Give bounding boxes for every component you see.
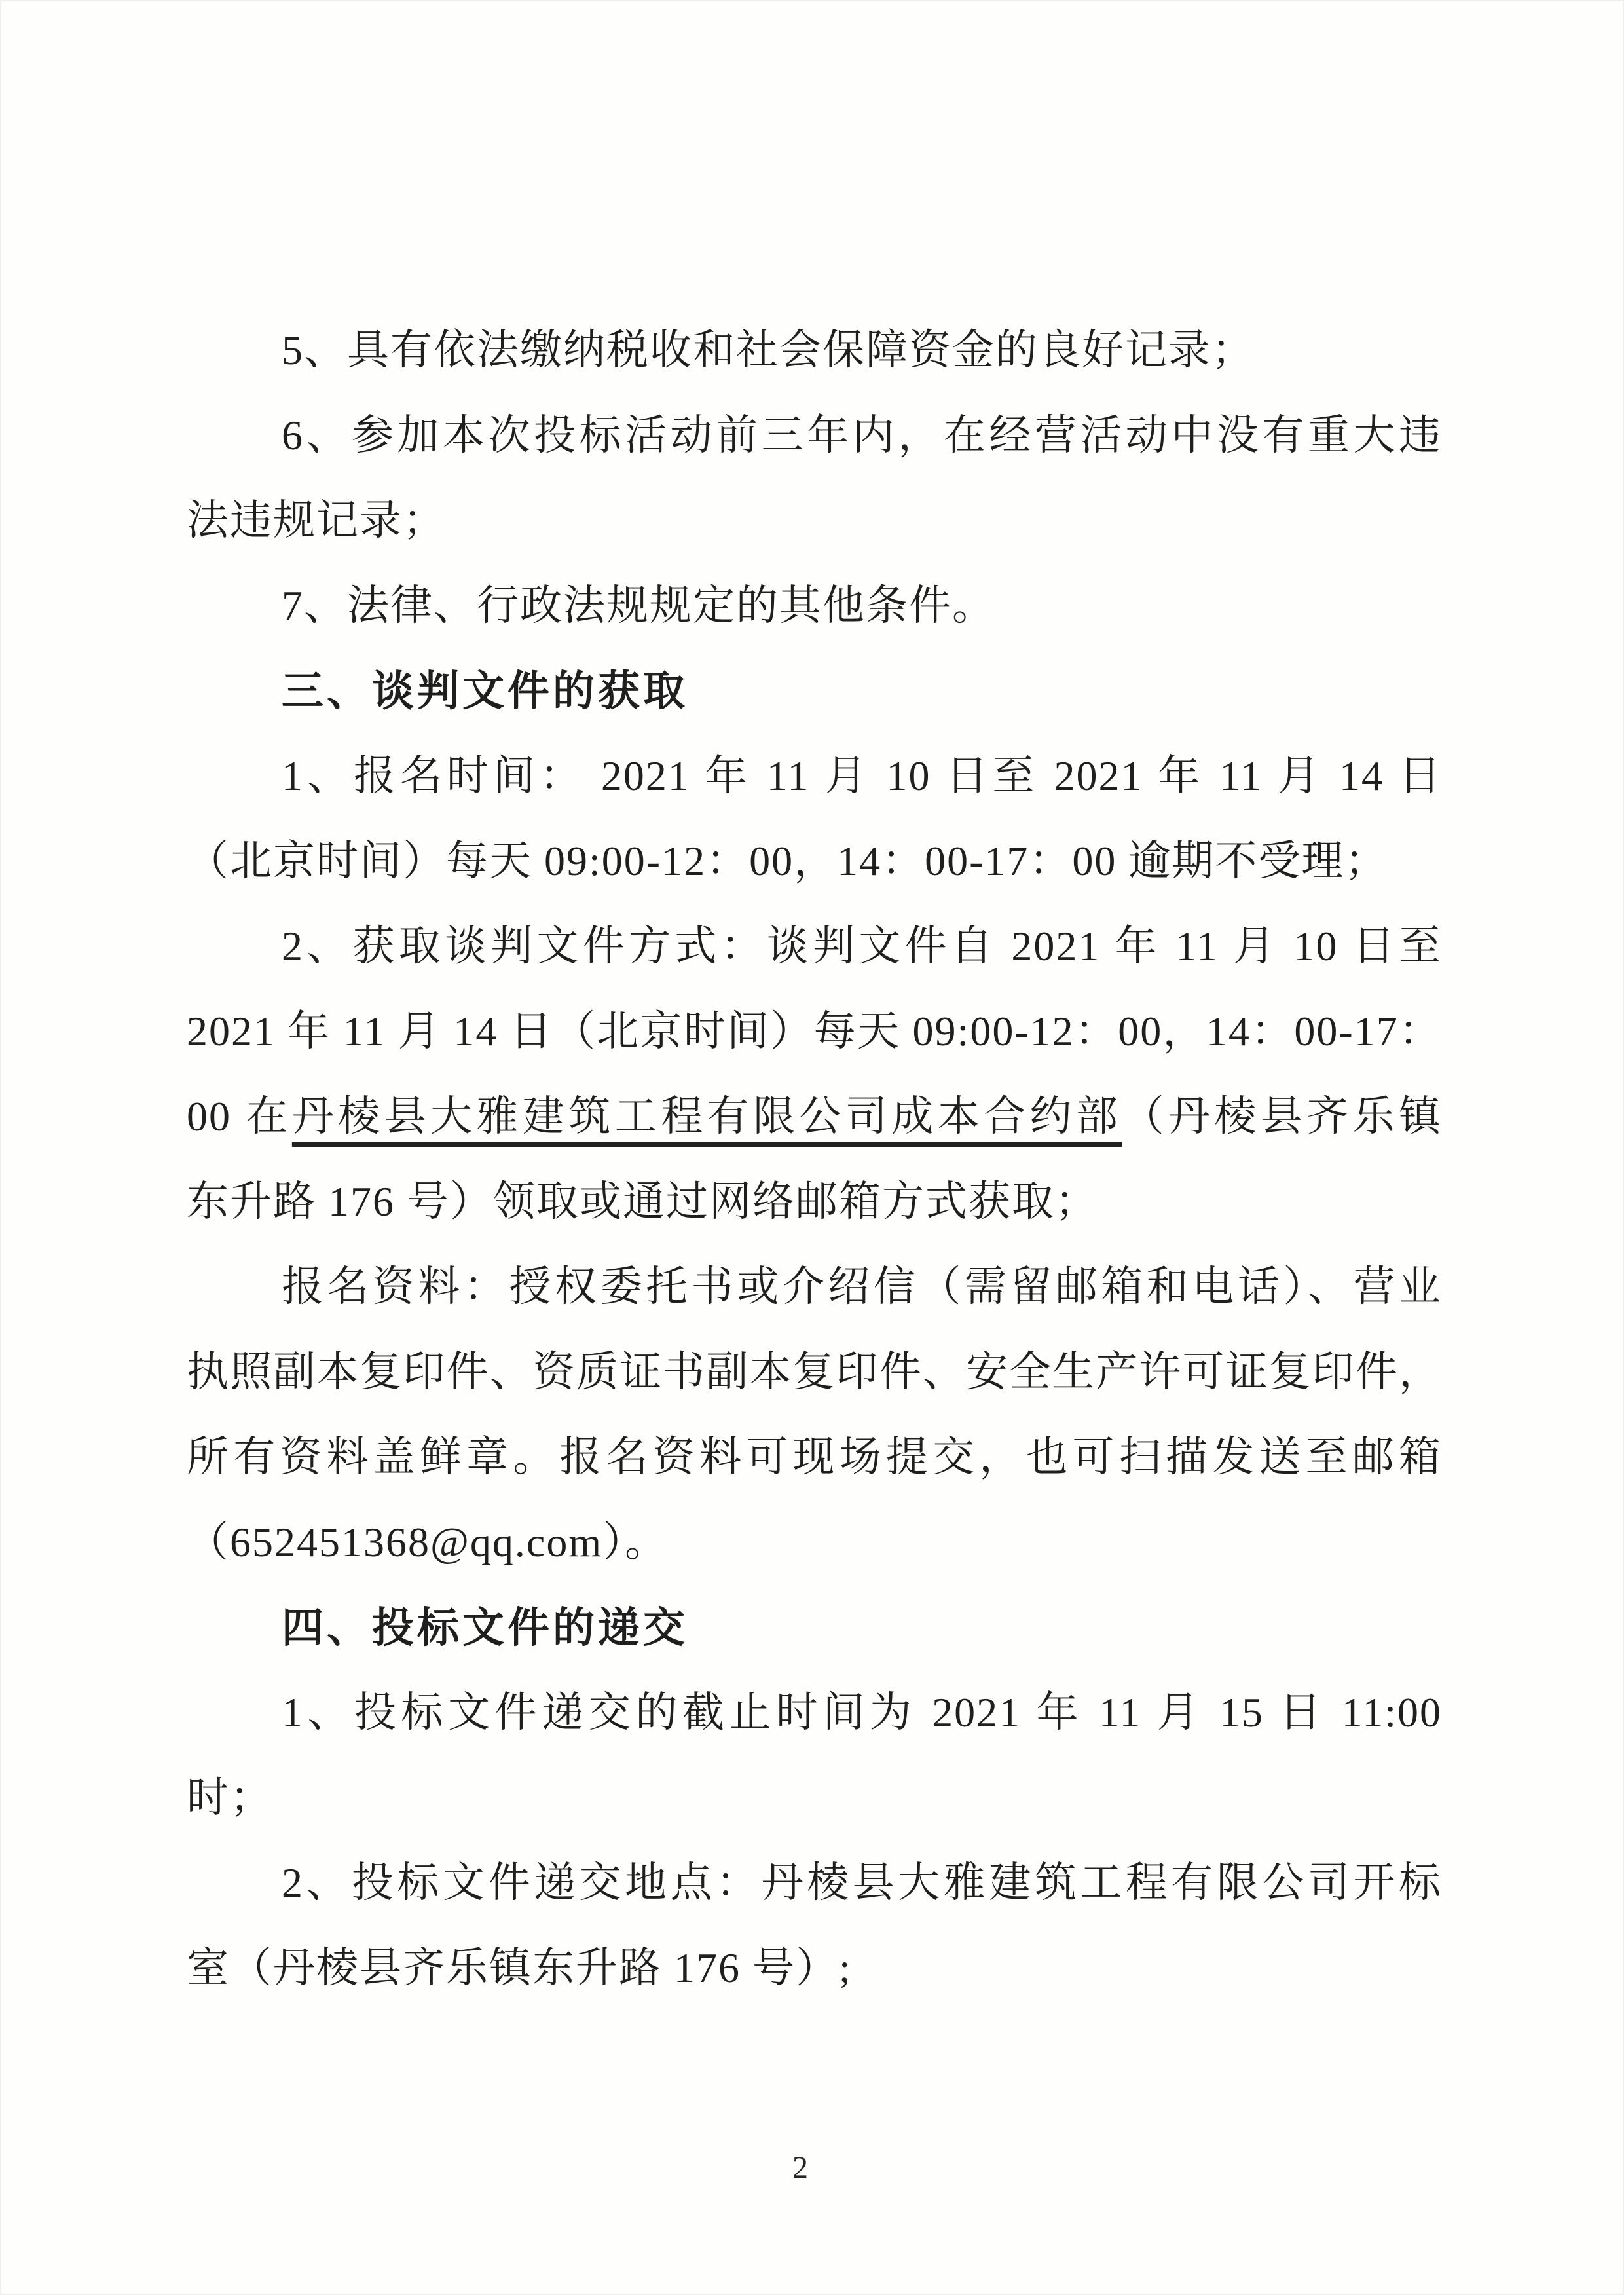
text-line: 5、具有依法缴纳税收和社会保障资金的良好记录； bbox=[187, 308, 1442, 393]
text-segment: 法违规记录； bbox=[187, 497, 446, 544]
text-segment: 报名资料：授权委托书或介绍信（需留邮箱和电话）、营业 bbox=[282, 1263, 1442, 1310]
text-segment: 四、投标文件的递交 bbox=[282, 1604, 688, 1651]
text-line: 2、投标文件递交地点：丹棱县大雅建筑工程有限公司开标 bbox=[187, 1840, 1442, 1926]
text-segment: 三、谈判文件的获取 bbox=[282, 667, 688, 715]
text-line: 6、参加本次投标活动前三年内，在经营活动中没有重大违 bbox=[187, 393, 1442, 478]
page-number: 2 bbox=[0, 2150, 1612, 2186]
text-line: 1、投标文件递交的截止时间为 2021 年 11 月 15 日 11:00 bbox=[187, 1670, 1442, 1755]
text-segment: 6、参加本次投标活动前三年内，在经营活动中没有重大违 bbox=[282, 412, 1442, 458]
text-line: 1、报名时间： 2021 年 11 月 10 日至 2021 年 11 月 14… bbox=[187, 734, 1442, 819]
text-segment: （北京时间）每天 09:00-12：00，14：00-17：00 逾期不受理； bbox=[187, 838, 1388, 884]
text-line: （652451368@qq.com）。 bbox=[187, 1500, 1442, 1585]
text-line: 四、投标文件的递交 bbox=[187, 1585, 1442, 1670]
text-segment: 1、投标文件递交的截止时间为 2021 年 11 月 15 日 11:00 bbox=[282, 1689, 1442, 1736]
text-line: 三、谈判文件的获取 bbox=[187, 648, 1442, 734]
text-line: 所有资料盖鲜章。报名资料可现场提交，也可扫描发送至邮箱 bbox=[187, 1415, 1442, 1500]
text-segment: 2、获取谈判文件方式：谈判文件自 2021 年 11 月 10 日至 bbox=[282, 923, 1442, 969]
text-segment: 00 在 bbox=[187, 1093, 292, 1140]
text-segment: 执照副本复印件、资质证书副本复印件、安全生产许可证复印件， bbox=[187, 1349, 1442, 1395]
text-segment: 2021 年 11 月 14 日（北京时间）每天 09:00-12：00，14：… bbox=[187, 1008, 1442, 1054]
text-segment: 2、投标文件递交地点：丹棱县大雅建筑工程有限公司开标 bbox=[282, 1859, 1442, 1906]
text-segment: 东升路 176 号）领取或通过网络邮箱方式获取； bbox=[187, 1178, 1098, 1225]
text-segment: 5、具有依法缴纳税收和社会保障资金的良好记录； bbox=[282, 327, 1255, 373]
text-segment: （652451368@qq.com）。 bbox=[187, 1519, 668, 1565]
text-line: 7、法律、行政法规规定的其他条件。 bbox=[187, 563, 1442, 648]
text-line: （北京时间）每天 09:00-12：00，14：00-17：00 逾期不受理； bbox=[187, 819, 1442, 904]
text-segment: 室（丹棱县齐乐镇东升路 176 号）; bbox=[187, 1945, 852, 1991]
text-line: 00 在丹棱县大雅建筑工程有限公司成本合约部（丹棱县齐乐镇 bbox=[187, 1074, 1442, 1159]
text-line: 法违规记录； bbox=[187, 478, 1442, 563]
text-line: 室（丹棱县齐乐镇东升路 176 号）; bbox=[187, 1926, 1442, 2011]
document-page: 5、具有依法缴纳税收和社会保障资金的良好记录；6、参加本次投标活动前三年内，在经… bbox=[0, 0, 1624, 2295]
text-line: 2、获取谈判文件方式：谈判文件自 2021 年 11 月 10 日至 bbox=[187, 904, 1442, 989]
text-segment: 所有资料盖鲜章。报名资料可现场提交，也可扫描发送至邮箱 bbox=[187, 1434, 1442, 1480]
text-line: 东升路 176 号）领取或通过网络邮箱方式获取； bbox=[187, 1159, 1442, 1244]
document-body: 5、具有依法缴纳税收和社会保障资金的良好记录；6、参加本次投标活动前三年内，在经… bbox=[187, 308, 1442, 2011]
text-line: 执照副本复印件、资质证书副本复印件、安全生产许可证复印件， bbox=[187, 1330, 1442, 1415]
text-line: 报名资料：授权委托书或介绍信（需留邮箱和电话）、营业 bbox=[187, 1244, 1442, 1330]
text-segment: 7、法律、行政法规规定的其他条件。 bbox=[282, 582, 995, 629]
text-segment: 1、报名时间： 2021 年 11 月 10 日至 2021 年 11 月 14… bbox=[282, 753, 1442, 799]
text-line: 时； bbox=[187, 1755, 1442, 1840]
underlined-company-department: 丹棱县大雅建筑工程有限公司成本合约部 bbox=[292, 1093, 1122, 1140]
text-segment: 时； bbox=[187, 1774, 273, 1821]
text-line: 2021 年 11 月 14 日（北京时间）每天 09:00-12：00，14：… bbox=[187, 989, 1442, 1074]
text-segment: （丹棱县齐乐镇 bbox=[1122, 1093, 1442, 1140]
